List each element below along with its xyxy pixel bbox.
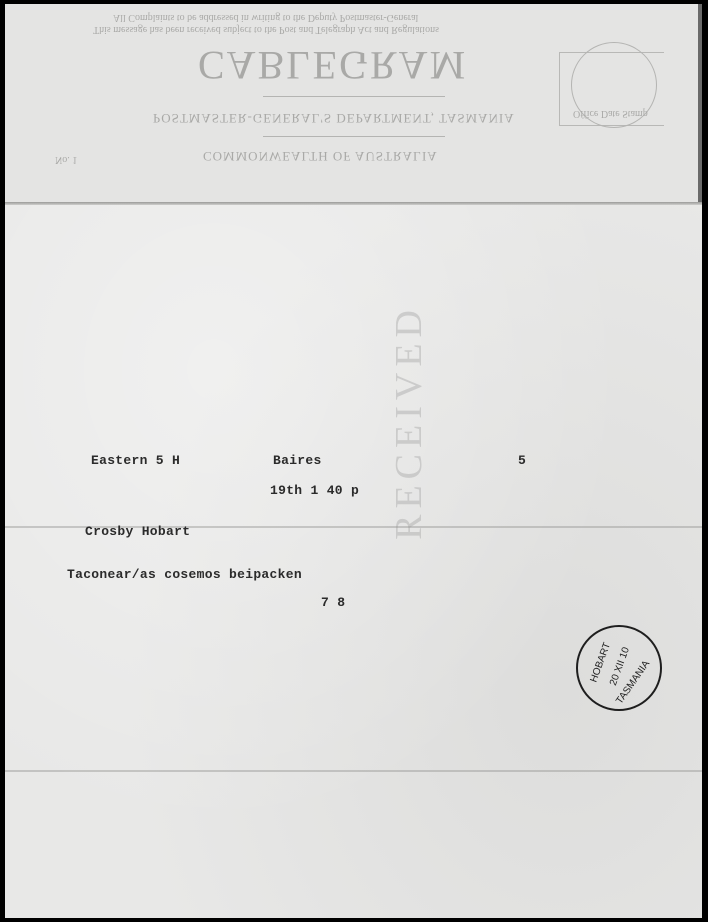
reverse-header-line-2: This message has been received subject t… — [93, 24, 439, 35]
message-route: Eastern 5 H — [91, 453, 180, 468]
message-count: 7 8 — [321, 595, 345, 610]
reverse-stamp-box-label: Office Date Stamp — [573, 108, 648, 119]
fold-line-top — [5, 202, 702, 205]
reverse-rule-bottom — [263, 136, 445, 137]
message-origin: Baires — [273, 453, 322, 468]
message-datetime: 19th 1 40 p — [270, 483, 359, 498]
reverse-rule-top — [263, 96, 445, 97]
reverse-title: CABLEGRAM — [198, 42, 467, 89]
reverse-header-line-1: All Complaints to be addressed in writin… — [113, 12, 418, 23]
message-word-count: 5 — [518, 453, 526, 468]
folded-form-flap: All Complaints to be addressed in writin… — [5, 4, 702, 202]
message-body: Taconear/as cosemos beipacken — [67, 567, 302, 582]
background-received-stamp: RECEIVED — [387, 304, 431, 540]
cablegram-sheet: All Complaints to be addressed in writin… — [5, 4, 702, 918]
hobart-postmark: HOBART 20 XII 10 TASMANIA — [576, 625, 662, 711]
reverse-commonwealth: COMMONWEALTH OF AUSTRALIA — [203, 148, 438, 164]
message-addressee: Crosby Hobart — [85, 524, 190, 539]
fold-line-bottom — [5, 770, 702, 772]
reverse-form-number: No. 1 — [55, 154, 77, 165]
reverse-department: POSTMASTER-GENERAL'S DEPARTMENT, TASMANI… — [153, 110, 515, 126]
